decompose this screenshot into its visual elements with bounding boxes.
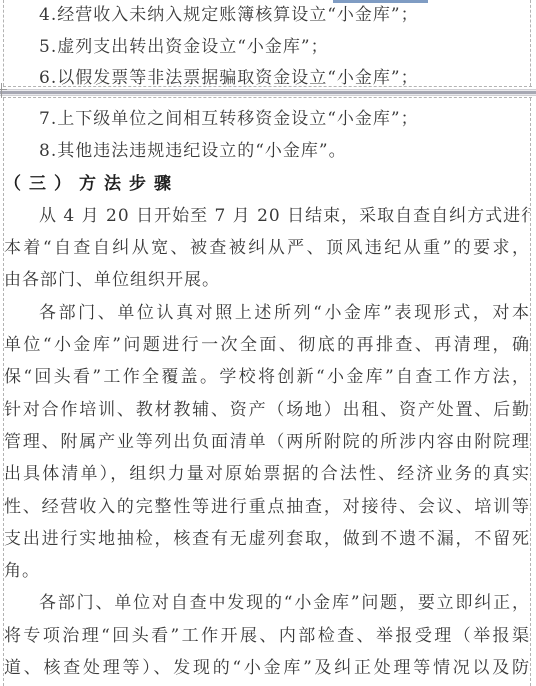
document-page2-text-area[interactable]: 7.上下级单位之间相互转移资金设立“小金库”；8.其他违法违规违纪设立的“小金库…: [4, 103, 530, 686]
text-line: 5.虚列支出转出资金设立“小金库”；: [4, 32, 530, 64]
text-line: 6.以假发票等非法票据骗取资金设立“小金库”；: [4, 63, 530, 86]
text-line: 保“回头看”工作全覆盖。学校将创新“小金库”自查工作方法，: [4, 361, 530, 393]
text-boundary-bottom-page1: [3, 86, 532, 87]
text-line: 角。: [4, 555, 530, 587]
text-line: 从 4 月 20 日开始至 7 月 20 日结束，采取自查自纠方式进行，: [4, 200, 530, 232]
document-page1-text-area[interactable]: 4.经营收入未纳入规定账簿核算设立“小金库”；5.虚列支出转出资金设立“小金库”…: [4, 0, 530, 86]
margin-cross-mark-vertical: [1, 83, 2, 98]
text-line: 支出进行实地抽检，核查有无虚列套取，做到不遗不漏，不留死: [4, 523, 530, 555]
text-line: 各部门、单位认真对照上述所列“小金库”表现形式，对本: [4, 297, 530, 329]
text-line: 7.上下级单位之间相互转移资金设立“小金库”；: [4, 103, 530, 135]
text-line: 本着“自查自纠从宽、被查被纠从严、顶风违纪从重”的要求，: [4, 232, 530, 264]
text-boundary-top-page2: [3, 97, 532, 98]
text-boundary-right-page1: [530, 0, 531, 86]
margin-cross-mark-horizontal: [0, 89, 7, 90]
text-line: 管理、附属产业等列出负面清单（两所附院的所涉内容由附院理: [4, 426, 530, 458]
text-line: 由各部门、单位组织开展。: [4, 264, 530, 296]
text-line: 8.其他违法违规违纪设立的“小金库”。: [4, 135, 530, 167]
text-boundary-right-page2: [530, 98, 531, 686]
text-line: 4.经营收入未纳入规定账簿核算设立“小金库”；: [4, 0, 530, 32]
text-line: 各部门、单位对自查中发现的“小金库”问题，要立即纠正，: [4, 587, 530, 619]
text-line: 出具体清单），组织力量对原始票据的合法性、经济业务的真实: [4, 458, 530, 490]
text-line: 针对合作培训、教材教辅、资产（场地）出租、资产处置、后勤: [4, 394, 530, 426]
text-line: 道、核查处理等）、发现的“小金库”及纠正处理等情况以及防: [4, 652, 530, 684]
text-line: 性、经营收入的完整性等进行重点抽查，对接待、会议、培训等: [4, 491, 530, 523]
text-line: 将专项治理“回头看”工作开展、内部检查、举报受理（举报渠: [4, 620, 530, 652]
text-line: 单位“小金库”问题进行一次全面、彻底的再排查、再清理，确: [4, 329, 530, 361]
section-heading: （三）方法步骤: [4, 168, 530, 200]
page-break-band: [0, 89, 536, 96]
